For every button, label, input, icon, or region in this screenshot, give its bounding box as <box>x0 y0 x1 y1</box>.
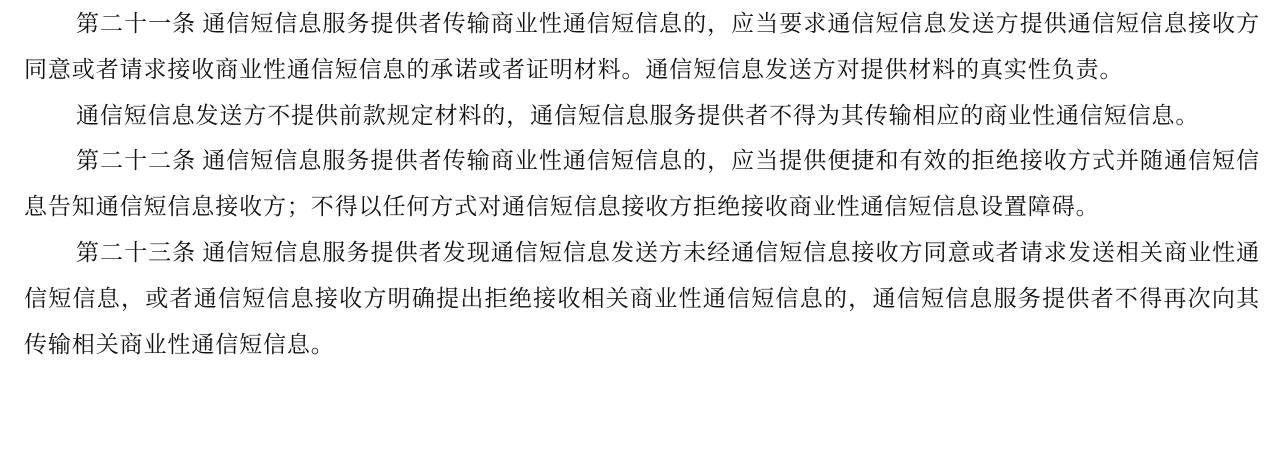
paragraph-text: 通信短信息服务提供者传输商业性通信短信息的，应当要求通信短信息发送方提供通信短信… <box>24 11 1260 83</box>
paragraph-article-21-clause-2: 通信短信息发送方不提供前款规定材料的，通信短信息服务提供者不得为其传输相应的商业… <box>24 94 1260 140</box>
paragraph-article-23: 第二十三条通信短信息服务提供者发现通信短信息发送方未经通信短信息接收方同意或者请… <box>24 231 1260 368</box>
paragraph-text: 通信短信息服务提供者发现通信短信息发送方未经通信短信息接收方同意或者请求发送相关… <box>24 240 1260 358</box>
article-number: 第二十一条 <box>76 11 196 37</box>
article-number: 第二十二条 <box>76 148 196 174</box>
document-body: 第二十一条通信短信息服务提供者传输商业性通信短信息的，应当要求通信短信息发送方提… <box>24 2 1260 368</box>
article-number: 第二十三条 <box>76 240 196 266</box>
paragraph-text: 通信短信息发送方不提供前款规定材料的，通信短信息服务提供者不得为其传输相应的商业… <box>76 103 1199 129</box>
paragraph-text: 通信短信息服务提供者传输商业性通信短信息的，应当提供便捷和有效的拒绝接收方式并随… <box>24 148 1260 220</box>
paragraph-article-22: 第二十二条通信短信息服务提供者传输商业性通信短信息的，应当提供便捷和有效的拒绝接… <box>24 139 1260 231</box>
paragraph-article-21: 第二十一条通信短信息服务提供者传输商业性通信短信息的，应当要求通信短信息发送方提… <box>24 2 1260 94</box>
